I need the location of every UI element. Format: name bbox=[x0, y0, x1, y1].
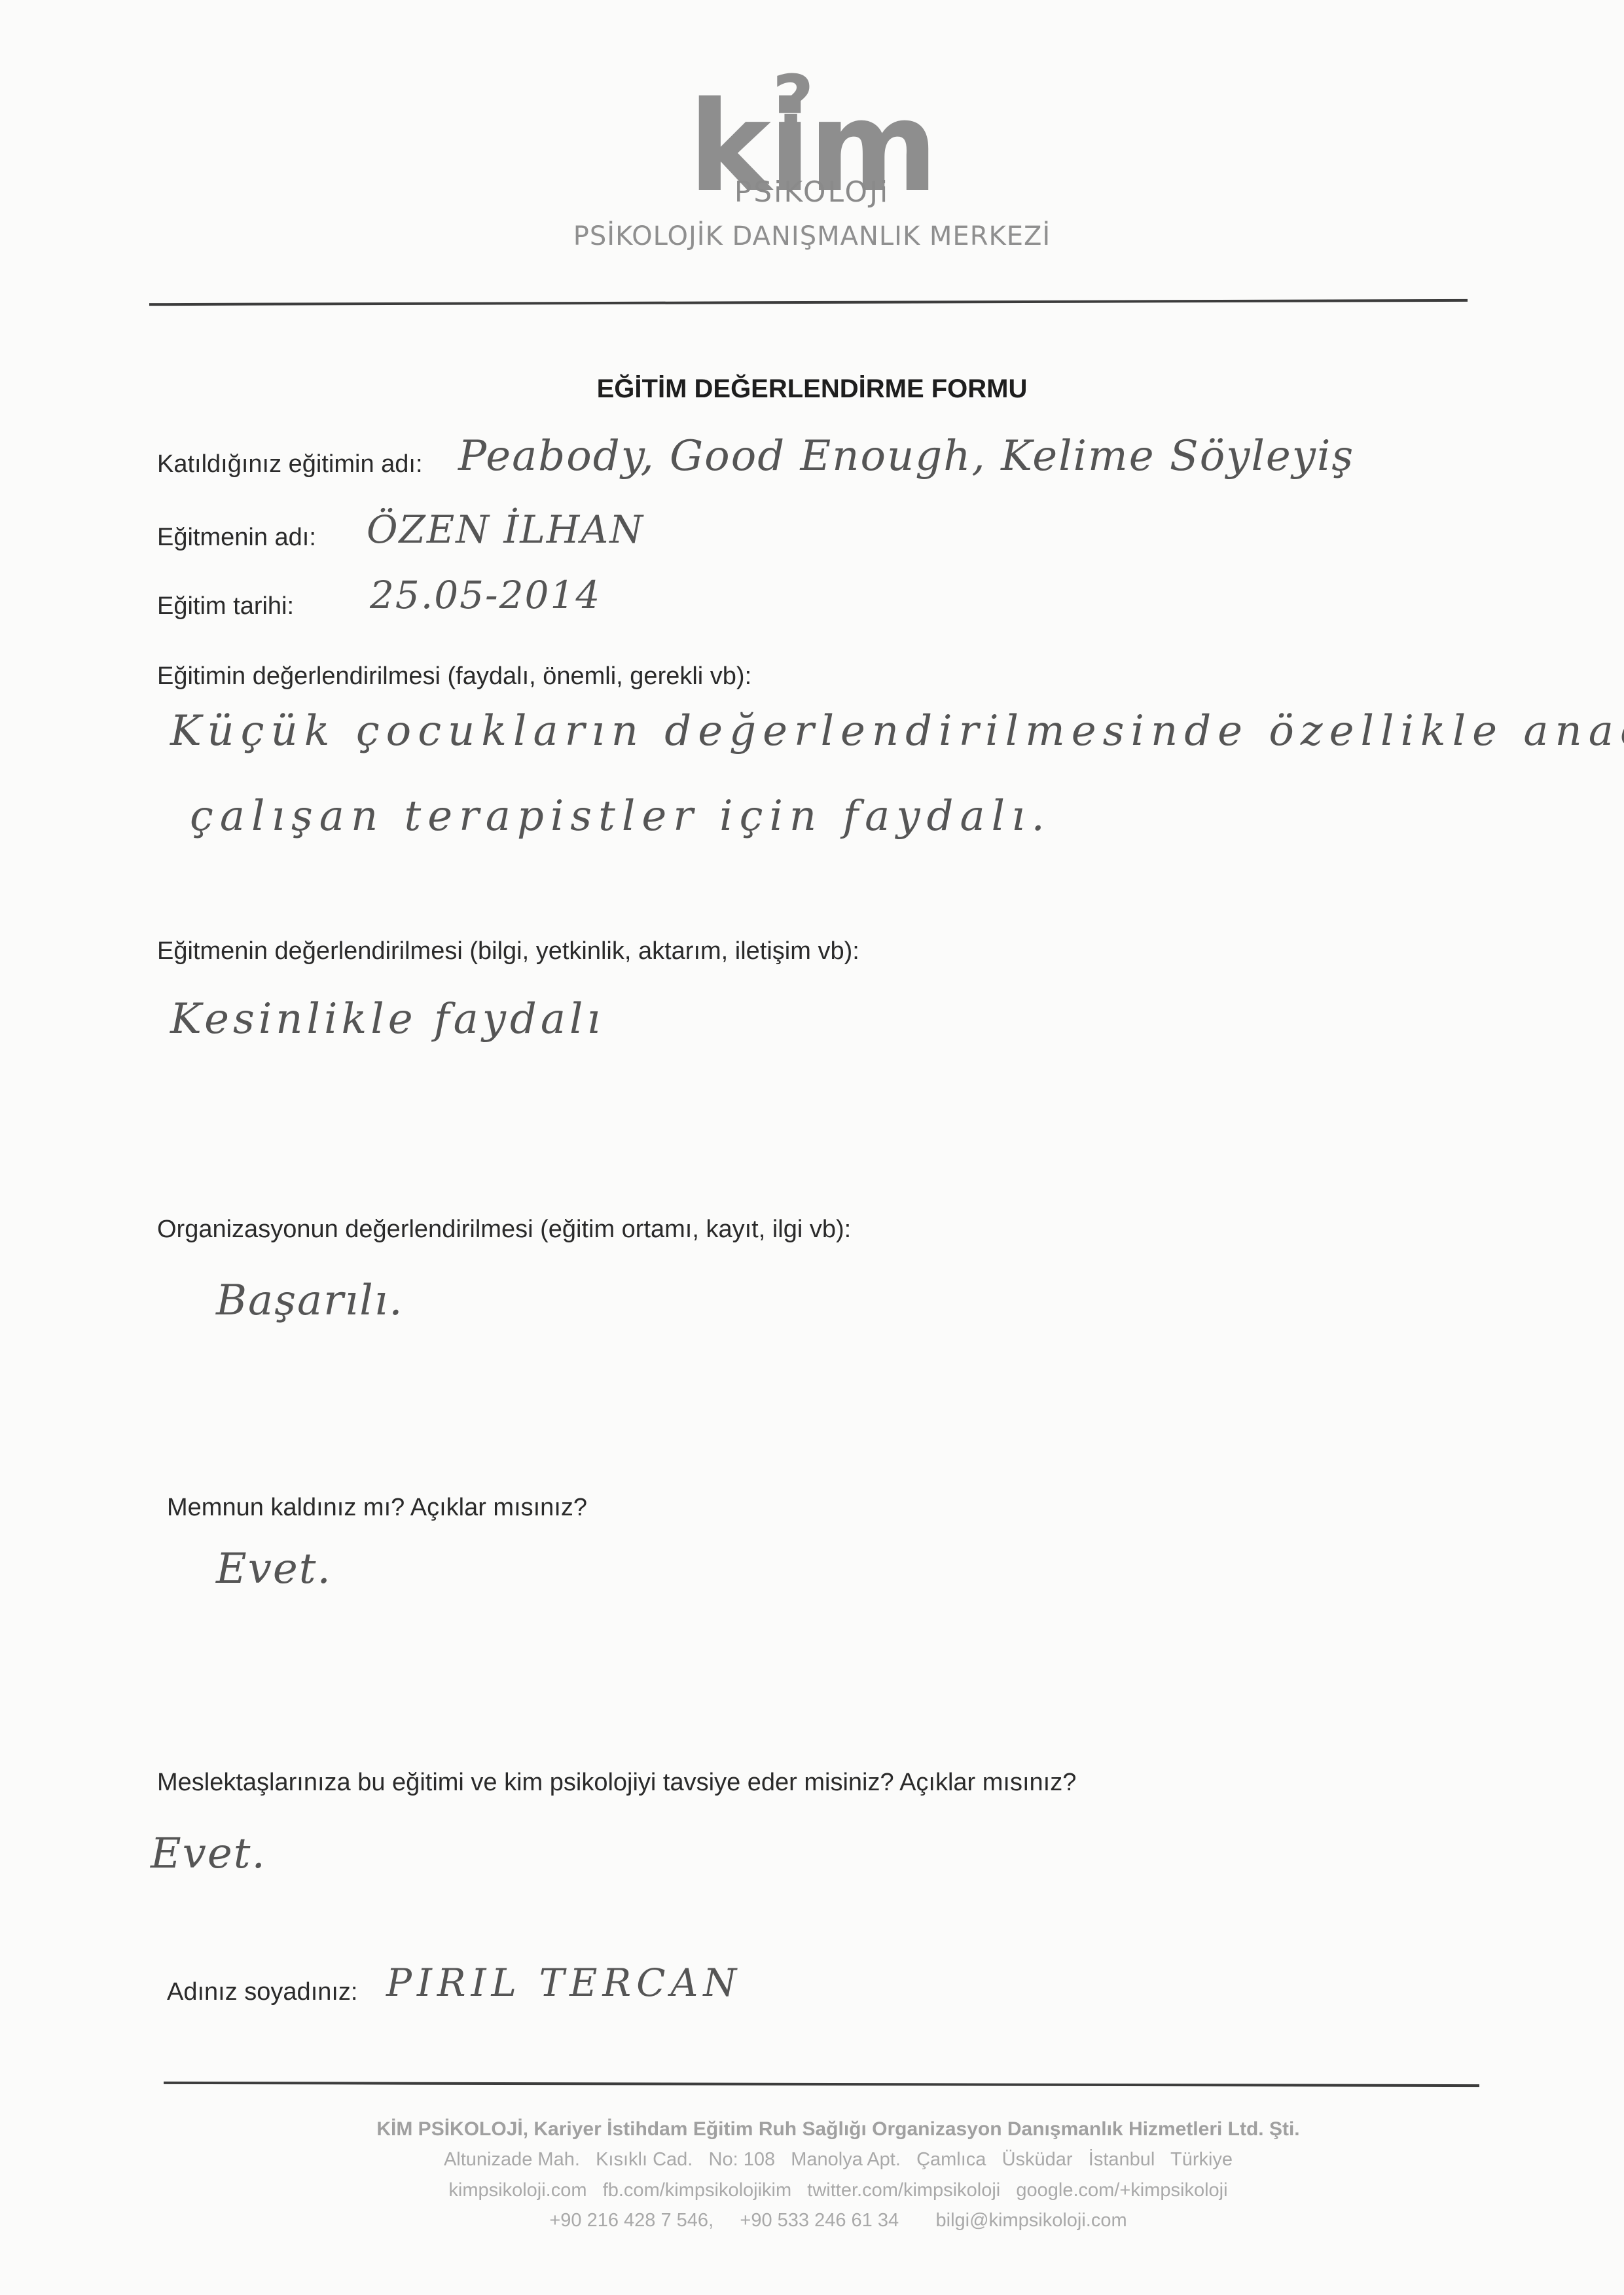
header-subtitle: PSİKOLOJİK DANIŞMANLIK MERKEZİ bbox=[0, 221, 1624, 251]
question-mark-icon: ? bbox=[772, 52, 812, 151]
training-evaluation-label: Eğitimin değerlendirilmesi (faydalı, öne… bbox=[157, 662, 751, 691]
satisfaction-answer-line[interactable]: Evet. bbox=[216, 1545, 332, 1593]
training-date-label: Eğitim tarihi: bbox=[157, 592, 294, 621]
trainer-evaluation-answer-line[interactable]: Kesinlikle faydalı bbox=[170, 995, 604, 1043]
form-title: EĞİTİM DEĞERLENDİRME FORMU bbox=[0, 374, 1624, 404]
training-evaluation-answer-line[interactable]: çalışan terapistler için faydalı. bbox=[190, 792, 1051, 840]
footer-company: KİM PSİKOLOJİ, Kariyer İstihdam Eğitim R… bbox=[0, 2118, 1624, 2141]
organization-evaluation-label: Organizasyonun değerlendirilmesi (eğitim… bbox=[157, 1216, 851, 1244]
trainer-evaluation-label: Eğitmenin değerlendirilmesi (bilgi, yetk… bbox=[157, 937, 859, 966]
full-name-label: Adınız soyadınız: bbox=[167, 1978, 358, 2006]
organization-evaluation-answer-line[interactable]: Başarılı. bbox=[216, 1276, 404, 1325]
training-date-value[interactable]: 25.05-2014 bbox=[370, 573, 601, 617]
header-divider bbox=[149, 299, 1468, 306]
training-name-value[interactable]: Peabody, Good Enough, Kelime Söyleyiş bbox=[458, 432, 1354, 480]
footer-web: kimpsikoloji.com fb.com/kimpsikolojikim … bbox=[0, 2180, 1624, 2201]
recommendation-answer-line[interactable]: Evet. bbox=[151, 1830, 266, 1878]
footer-address: Altunizade Mah. Kısıklı Cad. No: 108 Man… bbox=[0, 2149, 1624, 2171]
footer-divider bbox=[164, 2082, 1479, 2087]
recommendation-label: Meslektaşlarınıza bu eğitimi ve kim psik… bbox=[157, 1769, 1076, 1797]
trainer-name-value[interactable]: ÖZEN İLHAN bbox=[367, 507, 644, 552]
logo-brand: PSiKOLOJi bbox=[0, 175, 1624, 209]
trainer-name-label: Eğitmenin adı: bbox=[157, 524, 316, 552]
full-name-value[interactable]: PIRIL TERCAN bbox=[386, 1961, 742, 2005]
footer-contact: +90 216 428 7 546, +90 533 246 61 34 bil… bbox=[0, 2210, 1624, 2232]
satisfaction-label: Memnun kaldınız mı? Açıklar mısınız? bbox=[167, 1494, 587, 1522]
training-evaluation-answer-line[interactable]: Küçük çocukların değerlendirilmesinde öz… bbox=[170, 707, 1624, 755]
training-name-label: Katıldığınız eğitimin adı: bbox=[157, 450, 423, 479]
